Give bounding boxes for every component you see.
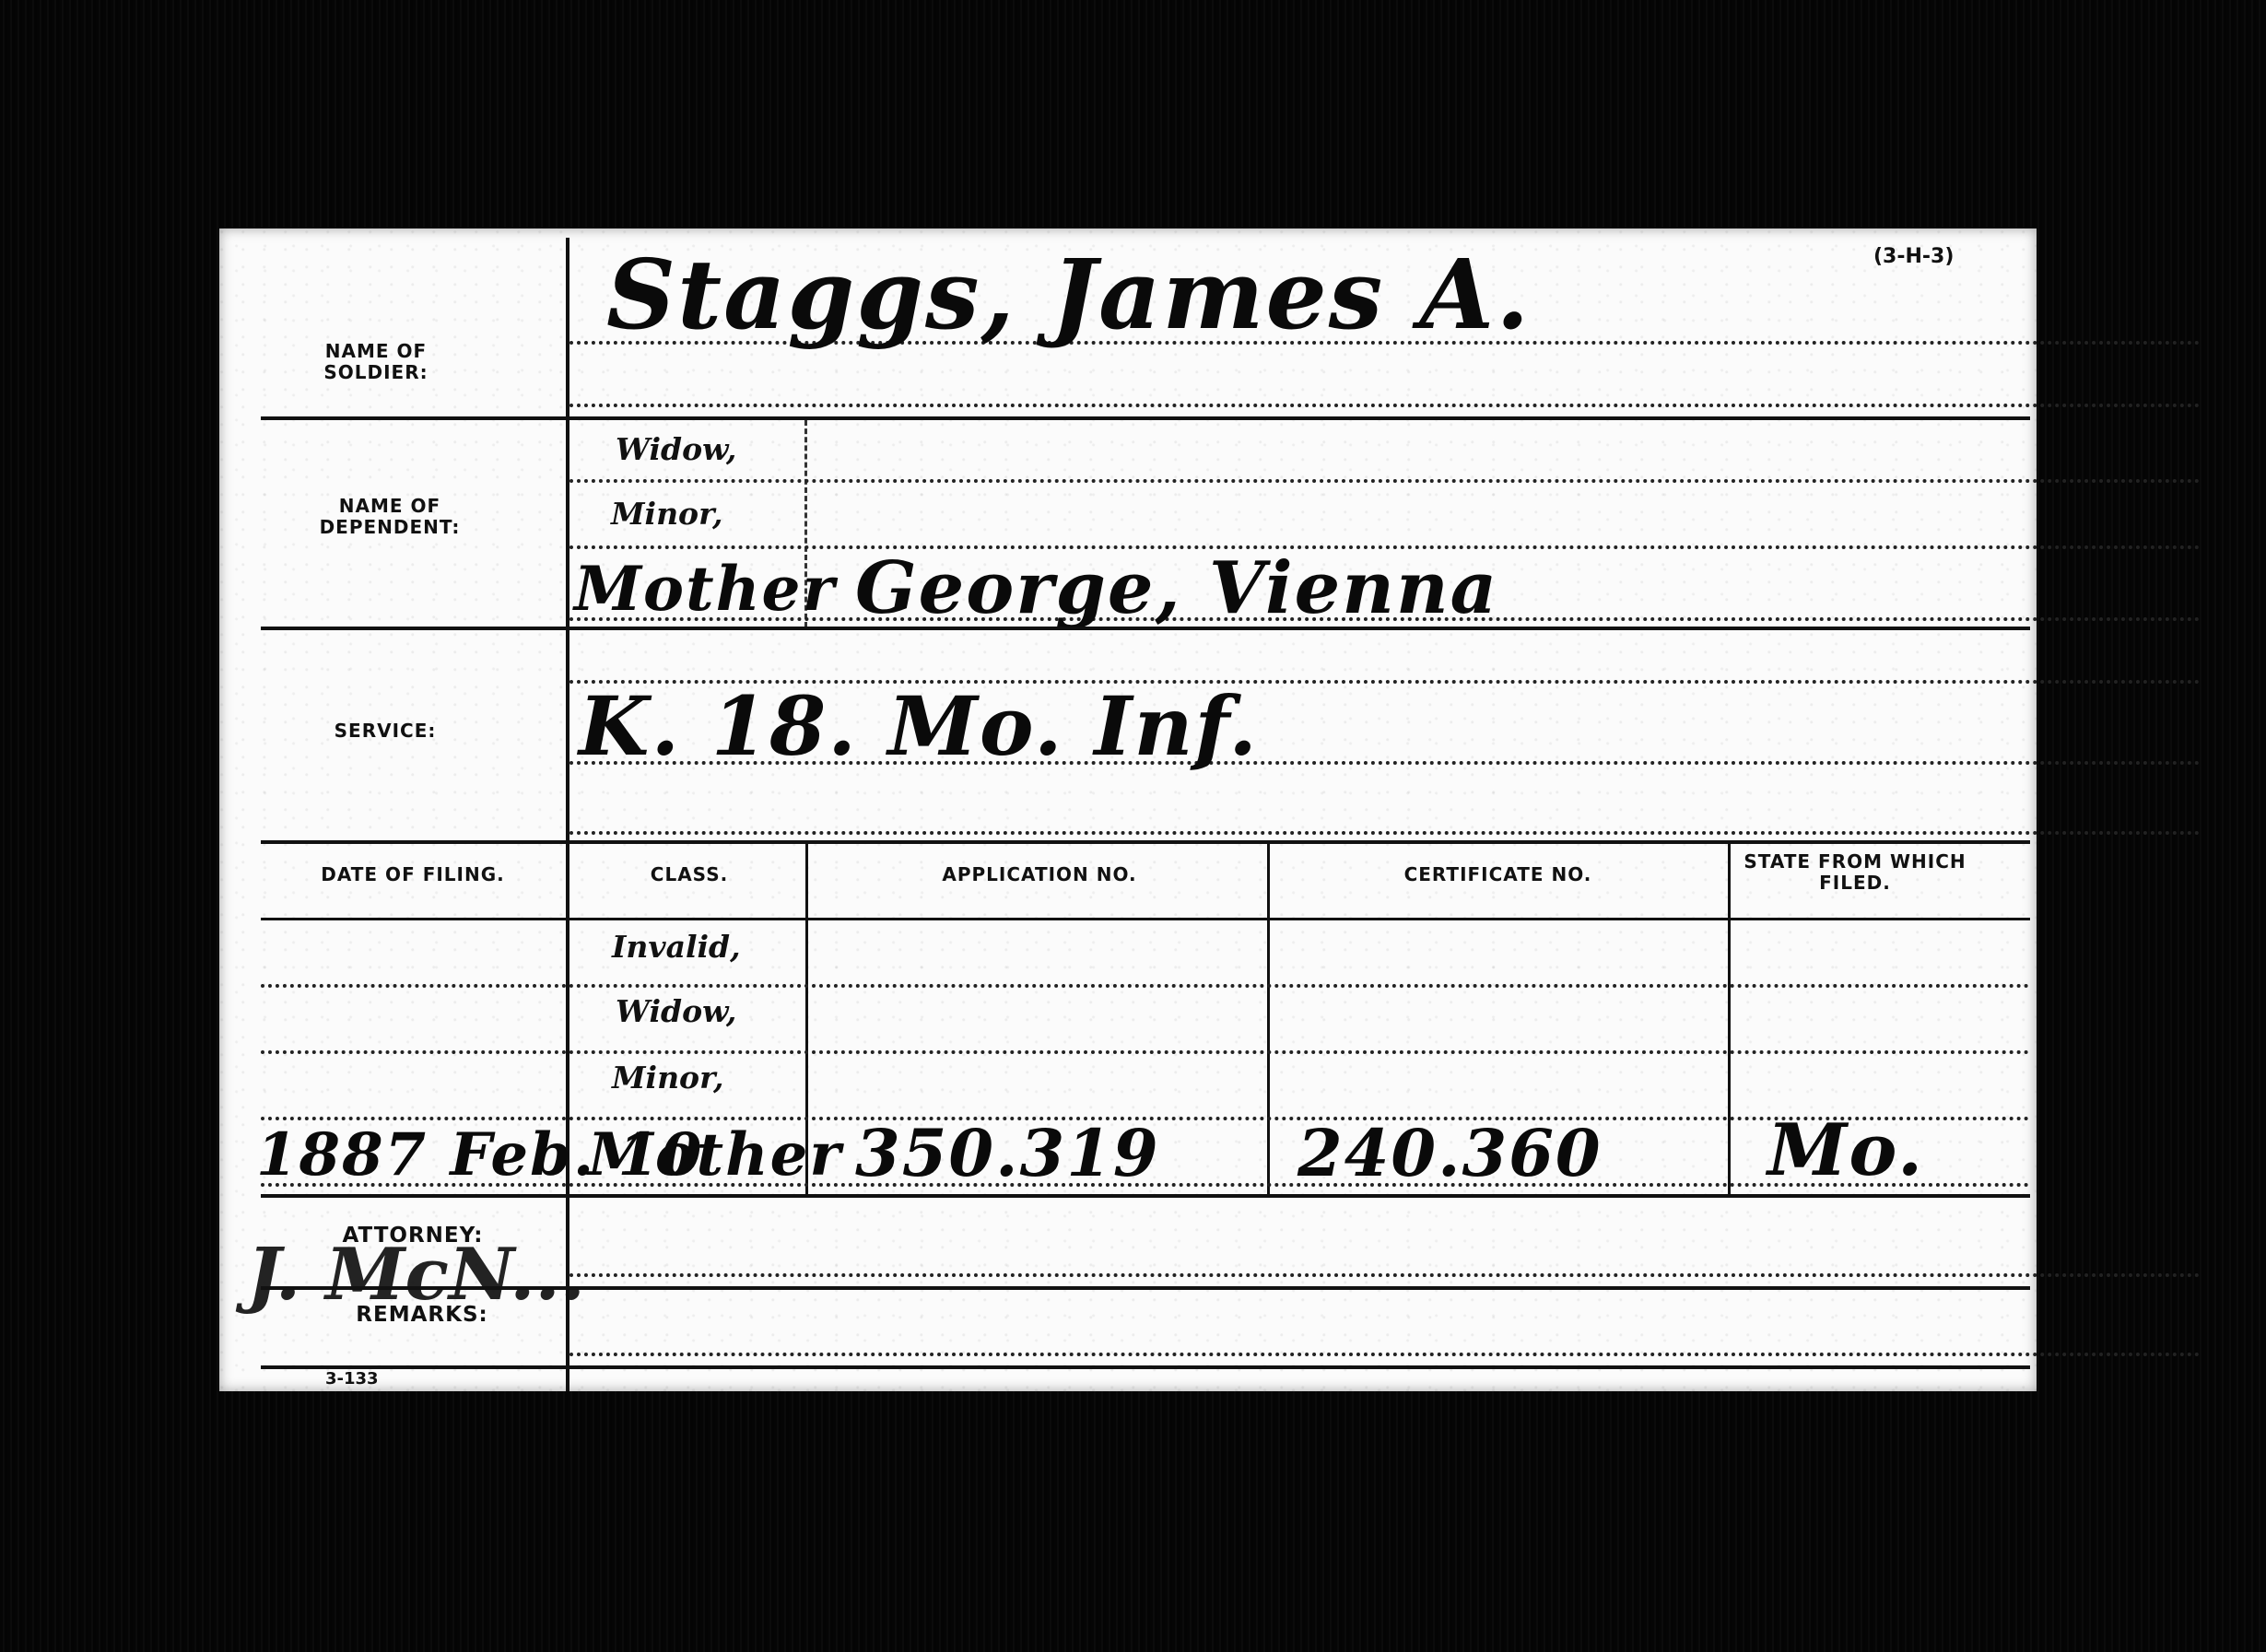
table-bottom-divider <box>261 1194 2030 1198</box>
table-col-divider-3 <box>1728 842 1731 1196</box>
pension-index-card: (3-H-3) NAME OF SOLDIER: Staggs, James A… <box>219 228 2037 1391</box>
class-type-widow: Widow, <box>616 993 736 1029</box>
dependent-name-label: NAME OF DEPENDENT: <box>298 496 482 538</box>
date-of-filing-header: DATE OF FILING. <box>275 864 551 885</box>
soldier-name-second-line <box>569 404 2201 407</box>
footer-form-code: 3-133 <box>325 1369 379 1388</box>
soldier-name-value: Staggs, James A. <box>606 238 1531 351</box>
table-row-line-4 <box>261 1183 2030 1187</box>
certificate-no-header: CERTIFICATE NO. <box>1270 864 1726 885</box>
form-code: (3-H-3) <box>1873 245 1954 268</box>
class-type-minor: Minor, <box>612 1060 724 1095</box>
dependent-line-1 <box>569 479 2201 483</box>
remarks-line <box>569 1353 2201 1356</box>
dependent-section-divider <box>261 627 2030 630</box>
table-row-line-2 <box>261 1050 2030 1054</box>
state-value: Mo. <box>1767 1108 1924 1192</box>
state-from-which-filed-header: STATE FROM WHICH FILED. <box>1731 851 1979 894</box>
attorney-signature: J. McN... <box>247 1233 585 1317</box>
table-header-divider <box>261 918 2030 920</box>
dependent-type-widow: Widow, <box>616 431 736 467</box>
main-column-divider <box>566 238 569 1391</box>
dependent-type-minor: Minor, <box>611 496 723 532</box>
attorney-line <box>569 1273 2201 1277</box>
service-value: K. 18. Mo. Inf. <box>579 678 1259 774</box>
dependent-name-value: George, Vienna <box>855 546 1498 630</box>
filing-class-value: Mother <box>588 1120 842 1189</box>
table-col-divider-2 <box>1267 842 1270 1196</box>
table-row-line-1 <box>261 984 2030 988</box>
remarks-section-divider <box>261 1365 2030 1369</box>
dependent-relation-value: Mother <box>574 553 836 625</box>
application-no-header: APPLICATION NO. <box>809 864 1270 885</box>
soldier-section-divider <box>261 416 2030 420</box>
soldier-name-label: NAME OF SOLDIER: <box>302 341 450 383</box>
class-header: CLASS. <box>569 864 809 885</box>
service-label: SERVICE: <box>311 721 459 742</box>
service-line-3 <box>569 831 2201 835</box>
application-no-value: 350.319 <box>855 1115 1160 1191</box>
service-section-divider <box>261 840 2030 844</box>
certificate-no-value: 240.360 <box>1297 1115 1603 1191</box>
class-type-invalid: Invalid, <box>612 929 741 965</box>
